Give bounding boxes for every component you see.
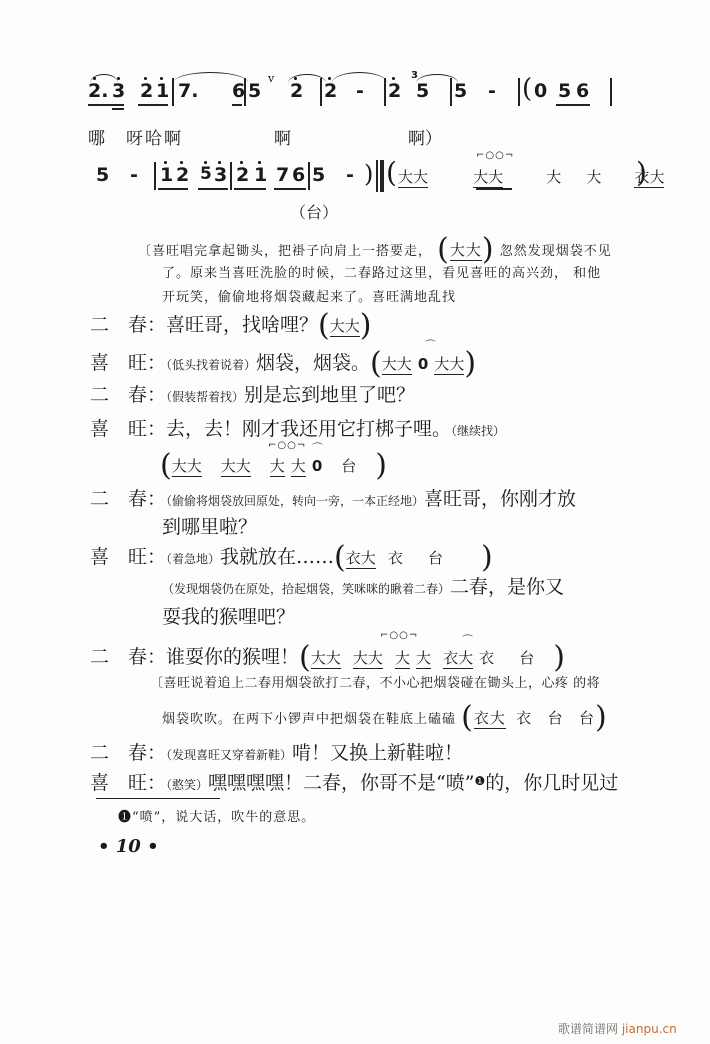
stage-direction: （继续找） (451, 424, 505, 438)
role-name: 喜 旺： (90, 418, 166, 440)
note: 5 (96, 164, 109, 186)
percussion-beat: 衣 (479, 647, 494, 668)
score-line-1: 2. 3 2 1 7. 6 5 v 2 2 - 2 3 5 5 - ( 0 5 … (88, 80, 648, 130)
barline (384, 78, 386, 106)
note: - (488, 80, 496, 102)
speech: 我就放在…… (220, 546, 334, 568)
stage-direction: （低头找着说着） (166, 358, 256, 372)
note: 1 (160, 164, 173, 186)
stage-direction: （偷偷将烟袋放回原处，转向一旁，一本正经地） (166, 494, 424, 508)
barline (450, 78, 452, 106)
fermata-icon: ⌒ (425, 337, 436, 353)
note: 7 (276, 164, 289, 186)
paren: ) (375, 448, 387, 483)
note: 5 (416, 80, 429, 102)
speech: 谁耍你的猴哩！ (166, 646, 299, 668)
octave-dot (204, 161, 207, 164)
note: 3 (214, 164, 227, 186)
octave-dot (328, 77, 331, 80)
note: 3 (112, 80, 125, 102)
percussion-beat: 大大 (311, 647, 341, 669)
speech: 喜旺哥，找啥哩？ (166, 314, 318, 336)
stage-text: 烟袋吹吹。在两下小锣声中把烟袋在鞋底上磕磕 (162, 712, 456, 727)
footnote-divider (96, 798, 220, 799)
stage-text: 开玩笑，偷偷地将烟袋藏起来了。喜旺满地乱找 (162, 286, 456, 305)
speech: 的，你几时见过 (485, 772, 618, 794)
note: - (346, 164, 354, 186)
note: 0 (534, 80, 547, 102)
dialogue-3: 二 春：（假装帮着找）别是忘到地里了吧？ (90, 380, 415, 407)
role-name: 二 春： (90, 646, 166, 668)
dialogue-7: 二 春：谁耍你的猴哩！(大大 大大 大大 衣大 衣 台 ) (90, 640, 565, 675)
percussion-beat: 大大 (434, 353, 464, 375)
percussion-beat: 台 (548, 707, 564, 728)
underline (476, 188, 512, 190)
speech: 啃！又换上新鞋啦！ (292, 742, 463, 764)
paren: ( (461, 700, 474, 735)
note: 5 (200, 164, 212, 184)
lyric: 啊） (408, 124, 442, 149)
dialogue-8: 二 春：（发现喜旺又穿着新鞋）啃！又换上新鞋啦！ (90, 738, 463, 765)
note: 6 (576, 80, 589, 102)
speech: 别是忘到地里了吧？ (244, 384, 415, 406)
percussion-beat: 衣 (516, 707, 532, 728)
stage-text: 〔喜旺说着追上二春用烟袋欲打二春，不小心把烟袋碰在锄头上，心疼 的将 (150, 672, 600, 691)
paren: ) (360, 308, 372, 343)
percussion-line: (大大 大大 大大 0 台 ) (160, 448, 387, 483)
percussion-beat: 大 (395, 647, 410, 669)
underline (274, 188, 306, 190)
speech: 二春，是你又 (450, 576, 564, 598)
percussion-beat: 大大 (221, 455, 251, 477)
underline (158, 188, 188, 190)
barline (172, 78, 174, 106)
underline (88, 104, 124, 106)
note: 5 (558, 80, 571, 102)
breath-mark: v (268, 72, 274, 85)
note: 5 (248, 80, 261, 102)
speech: 耍我的猴哩吧？ (162, 602, 295, 629)
note: 2 (388, 80, 401, 102)
paren: ( (370, 346, 382, 381)
barline (308, 162, 310, 190)
note: 1 (156, 80, 169, 102)
role-name: 喜 旺： (90, 352, 166, 374)
final-double-barline (376, 160, 378, 192)
stage-direction: （发现烟袋仍在原处，拾起烟袋，笑咪咪的瞅着二春） (162, 582, 450, 596)
stage-direction: （发现喜旺又穿着新鞋） (166, 748, 292, 762)
lyric: 啊 (274, 124, 291, 149)
note: 2 (176, 164, 189, 186)
percussion-beat: 大大 (353, 647, 383, 669)
percussion-beat: 大大 (450, 239, 482, 261)
speech: 去，去！刚才我还用它打梆子哩。 (166, 418, 451, 440)
small-gong-mark: ⌐○○¬ (476, 150, 514, 161)
role-name: 喜 旺： (90, 546, 166, 568)
paren: ) (481, 540, 493, 575)
barline (154, 162, 156, 190)
octave-dot (240, 161, 243, 164)
lyric: 哪 (88, 124, 105, 149)
note: 5 (312, 164, 325, 186)
note: 2 (140, 80, 153, 102)
octave-dot (117, 77, 120, 80)
role-name: 二 春： (90, 314, 166, 336)
small-gong-mark: ⌐○○¬ (268, 440, 306, 451)
octave-dot (144, 77, 147, 80)
rest-with-fermata: 0 (312, 457, 322, 475)
barline (518, 78, 520, 106)
percussion-beat: 台 (341, 455, 356, 476)
percussion-beat: 衣大 (443, 647, 473, 669)
percussion-beat: 大 (270, 455, 285, 477)
percussion-beat: 衣大 (346, 547, 376, 569)
percussion-beat: 大 (416, 647, 431, 669)
dialogue-9: 喜 旺：（憨笑）嘿嘿嘿嘿！二春，你哥不是“喷”❶的，你几时见过 (90, 768, 618, 795)
underline (232, 104, 242, 106)
note: 1 (254, 164, 267, 186)
speech: 嘿嘿嘿嘿！二春，你哥不是“喷” (208, 772, 474, 794)
role-name: 二 春： (90, 488, 166, 510)
paren: ) (595, 700, 608, 735)
percussion-beat: 衣 (388, 547, 403, 568)
percussion-beat: 台 (428, 547, 443, 568)
octave-dot (392, 77, 395, 80)
stage-text: 〔喜旺唱完拿起锄头，把褂子向肩上一搭要走， (138, 244, 432, 259)
percussion-beat: 大大 (382, 353, 412, 375)
stage-direction: （着急地） (166, 552, 220, 566)
paren: ( (318, 308, 330, 343)
paren: ( (299, 640, 311, 675)
percussion-beat: 大大 (473, 166, 503, 188)
footnote: ❶“喷”，说大话，吹牛的意思。 (118, 806, 315, 825)
note: 2 (290, 80, 303, 102)
open-paren: ( (522, 74, 532, 104)
paren: ( (334, 540, 346, 575)
paren: ( (160, 448, 172, 483)
speech: 到哪里啦？ (162, 512, 257, 539)
note: - (130, 164, 138, 186)
octave-dot (294, 77, 297, 80)
stage-direction: （憨笑） (166, 778, 208, 792)
percussion-beat: 大大 (398, 166, 428, 188)
note: 7. (178, 80, 198, 102)
barline (244, 78, 246, 106)
percussion-beat: 台 (579, 707, 595, 728)
octave-dot (180, 161, 183, 164)
dialogue-2: 喜 旺：（低头找着说着）烟袋，烟袋。(大大 0 大大) (90, 346, 476, 381)
percussion-open-paren: ( (386, 156, 397, 189)
watermark-en: jianpu.cn (622, 1022, 677, 1036)
note: 6 (292, 164, 305, 186)
lyrics-line-1: 哪 呀哈啊 啊 啊） (88, 124, 648, 148)
percussion-beat: 大 (586, 166, 601, 187)
speech: 喜旺哥，你刚才放 (424, 488, 576, 510)
page-number: • 10 • (98, 836, 159, 857)
barline (320, 78, 322, 106)
note: - (356, 80, 364, 102)
underline (198, 188, 228, 190)
dialogue-4: 喜 旺：去，去！刚才我还用它打梆子哩。（继续找） (90, 414, 505, 441)
octave-dot (93, 77, 96, 80)
stage-text: 忽然发现烟袋不见 (500, 244, 612, 259)
footnote-marker: ❶ (474, 774, 485, 788)
lyric: 呀哈啊 (126, 124, 183, 149)
rest-with-fermata: 0 (418, 355, 428, 373)
watermark: 歌谱简谱网 jianpu.cn (558, 1020, 677, 1037)
octave-dot (160, 77, 163, 80)
barline (230, 162, 232, 190)
fermata-icon: ⌒ (312, 440, 323, 456)
role-name: 喜 旺： (90, 772, 166, 794)
underline (556, 104, 590, 106)
speech: 烟袋，烟袋。 (256, 352, 370, 374)
percussion-beat: 大大 (172, 455, 202, 477)
role-name: 二 春： (90, 384, 166, 406)
note: 5 (454, 80, 467, 102)
underline (112, 108, 124, 110)
final-double-barline-thick (380, 160, 384, 192)
bracket-text: （台） (290, 200, 338, 223)
note: 2 (236, 164, 249, 186)
small-gong-mark: ⌐○○¬ (380, 630, 418, 641)
close-paren: ) (364, 160, 373, 188)
dialogue-1: 二 春：喜旺哥，找啥哩？(大大) (90, 308, 371, 343)
underline (138, 104, 168, 106)
fermata-icon: ⌒ (462, 632, 473, 648)
octave-dot (258, 161, 261, 164)
watermark-cn: 歌谱简谱网 (558, 1022, 618, 1036)
score-line-2: 5 - 1 2 5 3 2 1 7 6 5 - ) ( 大大 大大 ⌐○○¬ 大… (96, 164, 656, 204)
octave-dot (164, 161, 167, 164)
role-name: 二 春： (90, 742, 166, 764)
note: 2 (324, 80, 337, 102)
paren: ) (464, 346, 476, 381)
note: 2. (88, 80, 108, 102)
stage-text: 了。原来当喜旺洗脸的时候，二春路过这里，看见喜旺的高兴劲， 和他 (162, 262, 601, 281)
percussion-beat: 衣大 (474, 707, 506, 729)
stage-direction: （假装帮着找） (166, 390, 244, 404)
barline (610, 78, 612, 106)
percussion-close-paren: ) (636, 156, 647, 189)
percussion-beat: 大 (291, 455, 306, 477)
percussion-beat: 台 (519, 647, 534, 668)
octave-dot (218, 161, 221, 164)
paren: ) (553, 640, 565, 675)
underline (234, 188, 266, 190)
percussion-beat: 大大 (330, 315, 360, 337)
percussion-beat: 大 (546, 166, 561, 187)
